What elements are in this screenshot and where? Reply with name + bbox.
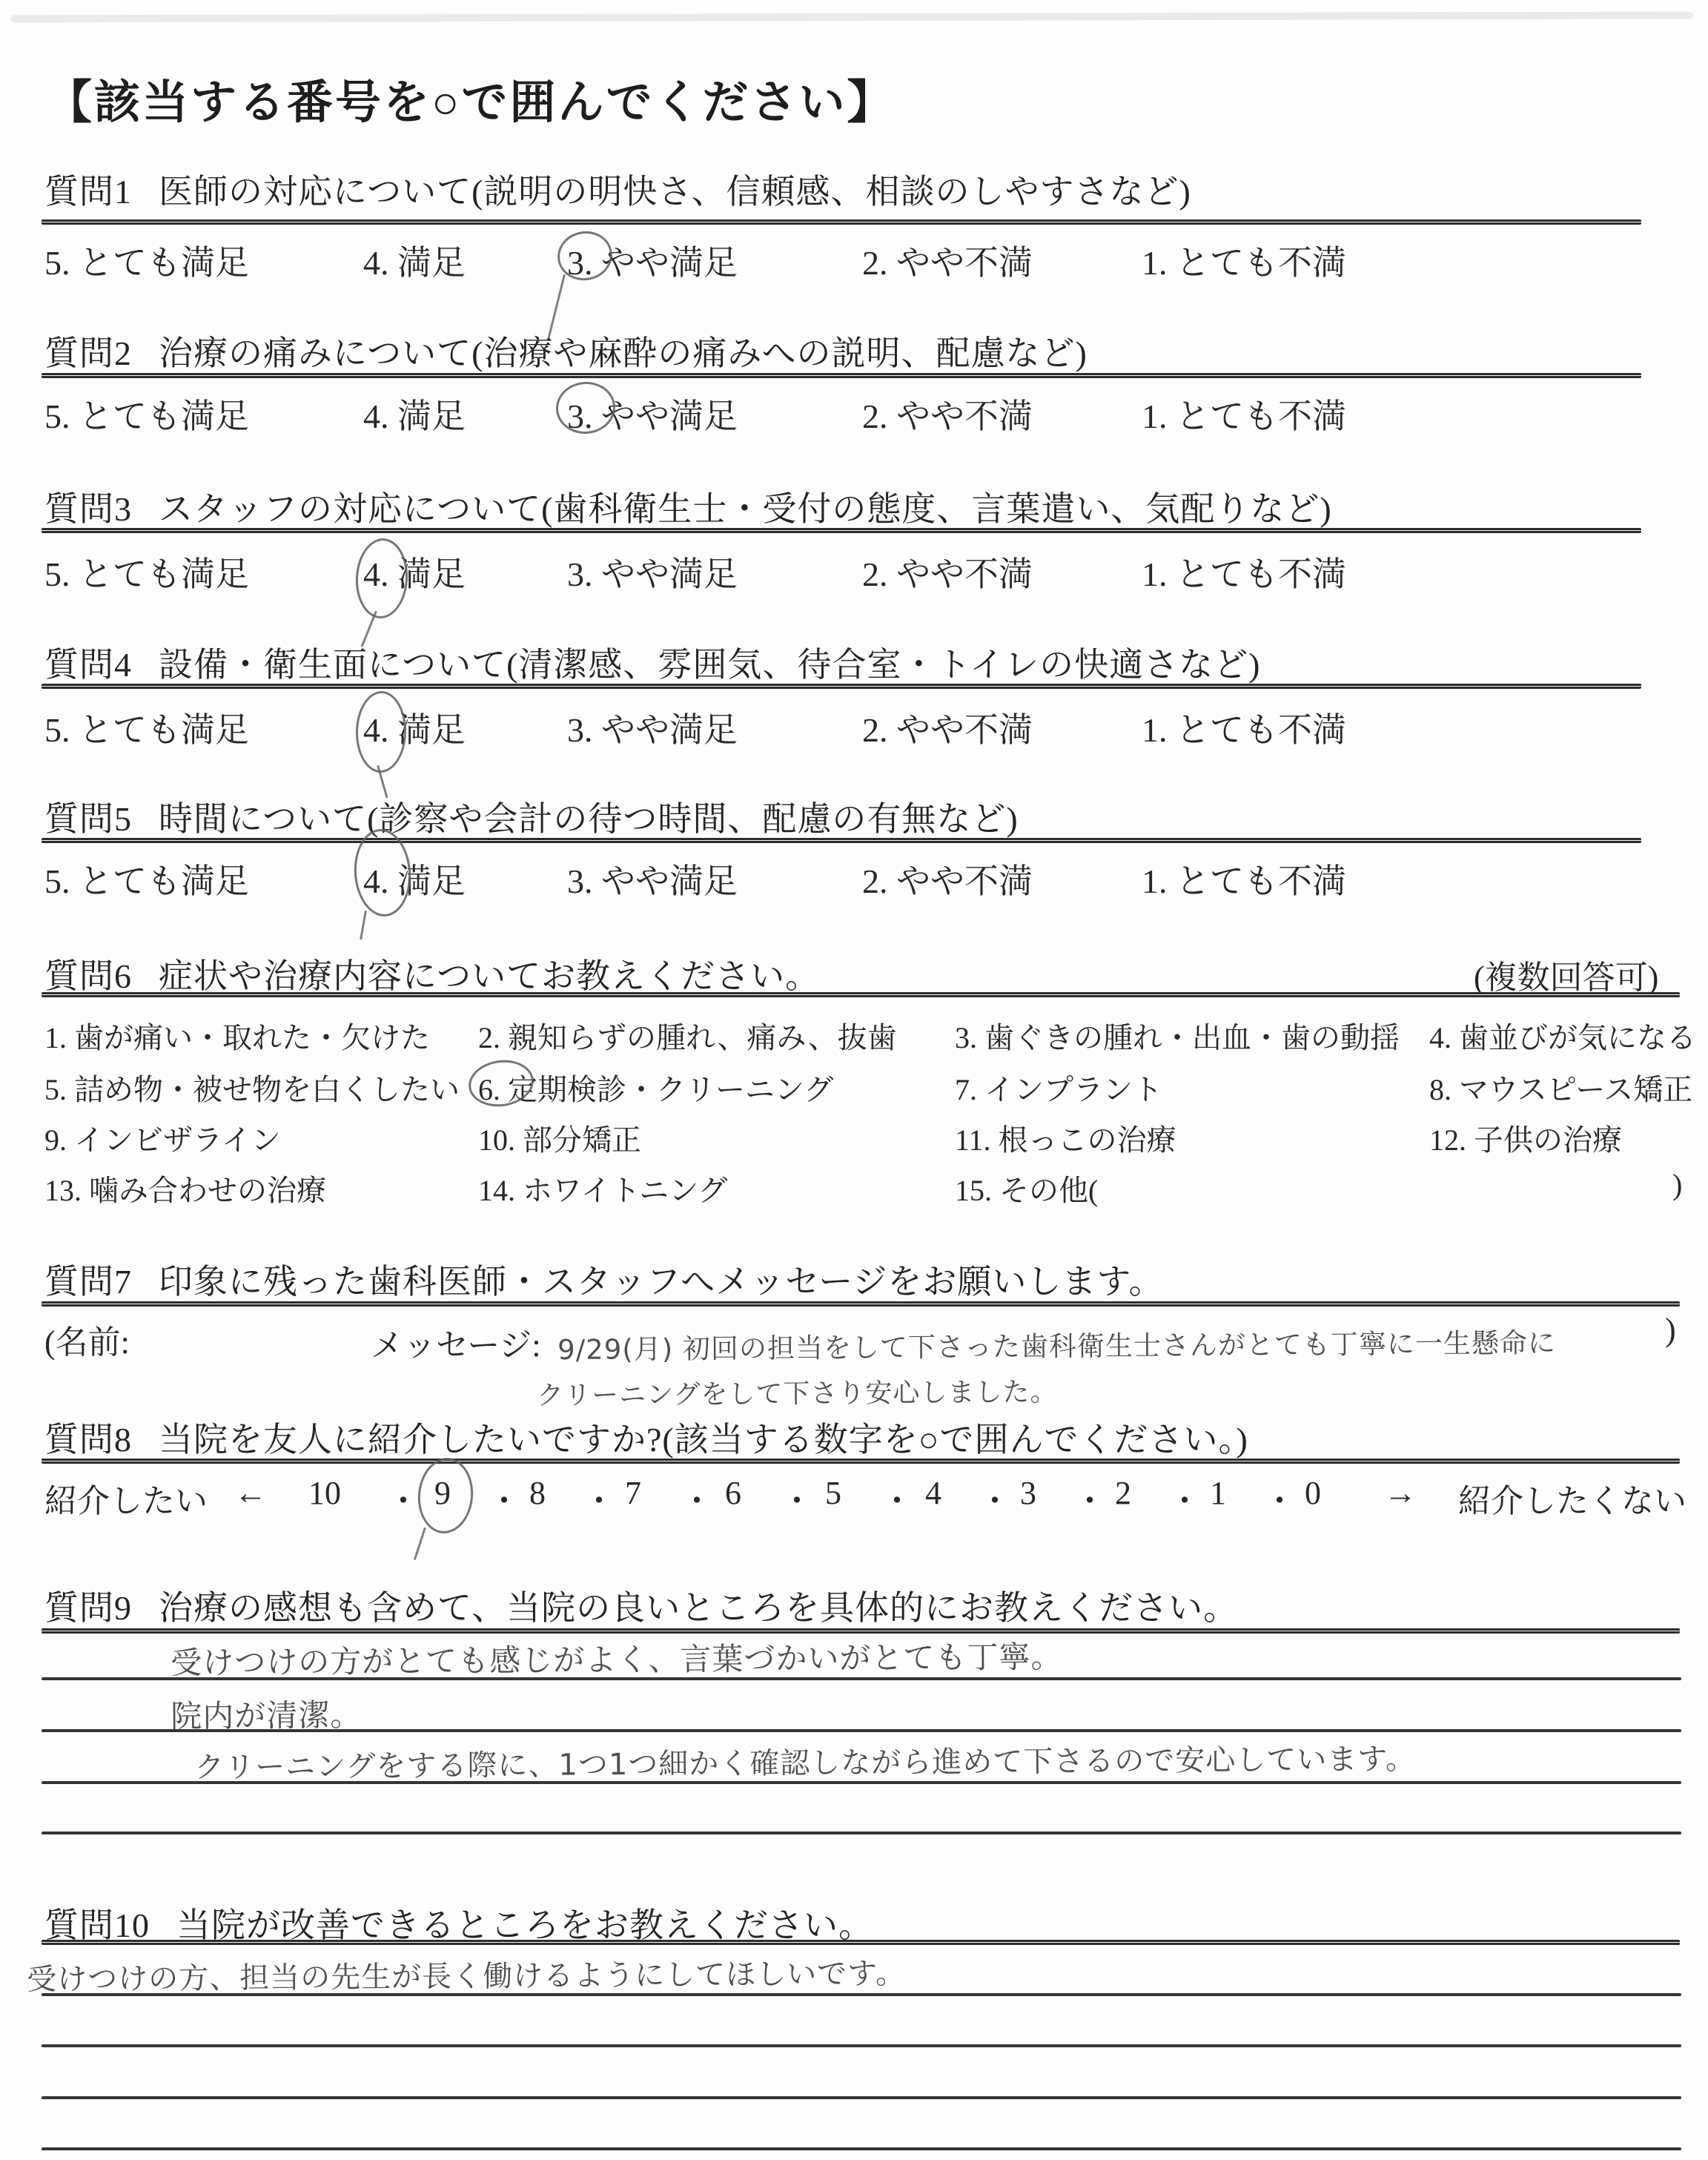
q6-other-close-paren: ) xyxy=(1672,1167,1682,1202)
divider-rule xyxy=(42,684,1641,689)
q6-option-10: 10. 部分矯正 xyxy=(478,1117,641,1159)
nps-scale: 紹介したい ← 10 ・ 9 ・ 8 ・ 7 ・ 6 ・ 5 ・ 4 ・ 3 ・… xyxy=(44,1474,1690,1563)
arrow-right: → xyxy=(1384,1474,1417,1512)
page-title: 【該当する番号を○で囲んでください】 xyxy=(46,65,895,131)
answer-line-rule xyxy=(42,1677,1681,1680)
answer-line-rule xyxy=(42,1993,1681,1996)
question-5-label: 質問5 xyxy=(44,800,132,838)
rating-option-1: 1. とても不満 xyxy=(1142,854,1346,903)
rating-option-1: 1. とても不満 xyxy=(1142,236,1346,285)
q6-option-11: 11. 根っこの治療 xyxy=(955,1117,1176,1159)
question-6-text: 症状や治療内容についてお教えください。 xyxy=(159,957,820,995)
rating-option-5: 5. とても満足 xyxy=(44,854,249,903)
scale-number-1: 1 xyxy=(1210,1474,1226,1512)
multi-answer-note: (複数回答可) xyxy=(1474,951,1658,998)
scale-separator: ・ xyxy=(1263,1474,1296,1522)
rating-option-3: 3. やや満足 xyxy=(567,854,738,903)
question-2-label: 質問2 xyxy=(44,334,132,372)
q6-option-5: 5. 詰め物・被せ物を白くしたい xyxy=(44,1066,460,1109)
rating-option-3: 3. やや満足 xyxy=(567,703,738,752)
rating-option-4: 4. 満足 xyxy=(363,236,466,285)
question-6-label: 質問6 xyxy=(44,957,132,995)
question-3-label: 質問3 xyxy=(44,490,132,528)
divider-rule xyxy=(42,1301,1680,1307)
rating-option-1: 1. とても不満 xyxy=(1142,389,1346,438)
scale-separator: ・ xyxy=(979,1474,1011,1522)
question-4-text: 設備・衛生面について(清潔感、雰囲気、待合室・トイレの快適さなど) xyxy=(159,646,1260,684)
message-field-label: メッセージ: xyxy=(371,1318,541,1366)
question-1-header: 質問1医師の対応について(説明の明快さ、信頼感、相談のしやすさなど) xyxy=(44,165,1191,214)
question-7-text: 印象に残った歯科医師・スタッフへメッセージをお願いします。 xyxy=(159,1263,1164,1301)
scale-separator: ・ xyxy=(583,1474,615,1522)
divider-rule xyxy=(42,1628,1680,1634)
answer-line-rule xyxy=(42,2147,1681,2150)
question-9-label: 質問9 xyxy=(44,1589,132,1627)
circle-tail-mark xyxy=(360,911,367,940)
q6-option-1: 1. 歯が痛い・取れた・欠けた xyxy=(44,1014,430,1057)
scale-number-7: 7 xyxy=(625,1474,641,1512)
question-9-header: 質問9治療の感想も含めて、当院の良いところを具体的にお教えください。 xyxy=(44,1581,1238,1630)
question-10-text: 当院が改善できるところをお教えください。 xyxy=(176,1906,873,1944)
q6-option-7: 7. インプラント xyxy=(955,1066,1162,1109)
question-3-text: スタッフの対応について(歯科衛生士・受付の態度、言葉遣い、気配りなど) xyxy=(159,490,1332,528)
rating-option-1: 1. とても不満 xyxy=(1142,547,1346,596)
handwritten-message-line-2: クリーニングをして下さり安心しました。 xyxy=(537,1371,1058,1413)
arrow-left: ← xyxy=(234,1474,267,1512)
q6-option-15: 15. その他( xyxy=(955,1167,1098,1209)
question-1-label: 質問1 xyxy=(44,173,132,211)
scale-number-2: 2 xyxy=(1115,1474,1131,1512)
circle-tail-mark xyxy=(414,1527,426,1561)
scale-separator: ・ xyxy=(681,1474,713,1522)
divider-rule xyxy=(42,373,1641,378)
divider-rule xyxy=(42,838,1641,843)
handwritten-message-line-1: 9/29(月) 初回の担当をして下さった歯科衛生士さんがとても丁寧に一生懸命に xyxy=(557,1321,1556,1367)
question-5-text: 時間について(診察や会計の待つ時間、配慮の有無など) xyxy=(159,800,1019,838)
scale-number-6: 6 xyxy=(725,1474,741,1512)
question-9-text: 治療の感想も含めて、当院の良いところを具体的にお教えください。 xyxy=(159,1589,1238,1627)
scale-number-0: 0 xyxy=(1305,1474,1321,1512)
handwritten-answer-line-3: クリーニングをする際に、1つ1つ細かく確認しながら進めて下さるので安心しています… xyxy=(194,1735,1416,1786)
rating-option-5: 5. とても満足 xyxy=(44,389,249,438)
answer-line-rule xyxy=(42,1729,1681,1732)
scale-separator: ・ xyxy=(781,1474,813,1522)
scale-left-label: 紹介したい xyxy=(44,1474,208,1522)
handwritten-circle-mark xyxy=(355,690,407,773)
question-4-header: 質問4設備・衛生面について(清潔感、雰囲気、待合室・トイレの快適さなど) xyxy=(44,638,1260,687)
rating-option-3: 3. やや満足 xyxy=(567,547,738,596)
scale-number-5: 5 xyxy=(825,1474,841,1512)
scale-number-3: 3 xyxy=(1020,1474,1036,1512)
scale-separator: ・ xyxy=(387,1474,420,1522)
question-8-text: 当院を友人に紹介したいですか?(該当する数字を○で囲んでください。) xyxy=(159,1421,1248,1459)
name-field-label: (名前: xyxy=(44,1315,130,1363)
scale-number-10: 10 xyxy=(308,1474,341,1512)
scale-number-4: 4 xyxy=(925,1474,941,1512)
answer-line-rule xyxy=(42,1781,1681,1784)
rating-option-5: 5. とても満足 xyxy=(44,236,249,285)
handwritten-answer-line-1: 受けつけの方がとても感じがよく、言葉づかいがとても丁寧。 xyxy=(171,1633,1063,1683)
question-5-header: 質問5時間について(診察や会計の待つ時間、配慮の有無など) xyxy=(44,792,1019,841)
rating-option-2: 2. やや不満 xyxy=(862,854,1033,903)
handwritten-circle-mark xyxy=(415,1456,477,1536)
q6-option-8: 8. マウスピース矯正 xyxy=(1429,1066,1692,1109)
divider-rule xyxy=(42,1940,1680,1945)
answer-line-rule xyxy=(42,1832,1681,1834)
divider-rule xyxy=(42,219,1641,225)
scale-separator: ・ xyxy=(881,1474,913,1522)
question-8-header: 質問8当院を友人に紹介したいですか?(該当する数字を○で囲んでください。) xyxy=(44,1413,1248,1462)
answer-line-rule xyxy=(42,2096,1681,2099)
divider-rule xyxy=(42,1459,1680,1464)
scale-separator: ・ xyxy=(1168,1474,1201,1522)
q6-option-9: 9. インビザライン xyxy=(44,1117,281,1159)
q6-option-14: 14. ホワイトニング xyxy=(478,1167,727,1209)
q6-option-3: 3. 歯ぐきの腫れ・出血・歯の動揺 xyxy=(955,1014,1400,1057)
question-1-text: 医師の対応について(説明の明快さ、信頼感、相談のしやすさなど) xyxy=(159,173,1191,211)
q6-option-12: 12. 子供の治療 xyxy=(1429,1117,1622,1159)
question-10-label: 質問10 xyxy=(44,1906,150,1944)
rating-option-1: 1. とても不満 xyxy=(1142,703,1346,752)
rating-option-2: 2. やや不満 xyxy=(862,389,1033,438)
rating-option-2: 2. やや不満 xyxy=(862,547,1033,596)
rating-option-2: 2. やや不満 xyxy=(862,236,1033,285)
scale-separator: ・ xyxy=(488,1474,520,1522)
q6-option-13: 13. 噛み合わせの治療 xyxy=(44,1167,326,1209)
question-2-header: 質問2治療の痛みについて(治療や麻酔の痛みへの説明、配慮など) xyxy=(44,326,1088,375)
question-7-header: 質問7印象に残った歯科医師・スタッフへメッセージをお願いします。 xyxy=(44,1255,1164,1304)
rating-option-5: 5. とても満足 xyxy=(44,547,249,596)
scale-right-label: 紹介したくない xyxy=(1458,1474,1687,1522)
divider-rule xyxy=(42,528,1641,533)
question-2-text: 治療の痛みについて(治療や麻酔の痛みへの説明、配慮など) xyxy=(159,334,1088,372)
question-3-header: 質問3スタッフの対応について(歯科衛生士・受付の態度、言葉遣い、気配りなど) xyxy=(44,482,1332,531)
answer-line-rule xyxy=(42,2044,1681,2047)
question-7-label: 質問7 xyxy=(44,1263,132,1301)
scanned-survey-page: 【該当する番号を○で囲んでください】 質問1医師の対応について(説明の明快さ、信… xyxy=(0,0,1708,2160)
question-6-options-grid: 1. 歯が痛い・取れた・欠けた 2. 親知らずの腫れ、痛み、抜歯 3. 歯ぐきの… xyxy=(44,1014,1690,1222)
question-8-label: 質問8 xyxy=(44,1421,132,1459)
q6-option-2: 2. 親知らずの腫れ、痛み、抜歯 xyxy=(478,1014,897,1057)
question-4-label: 質問4 xyxy=(44,646,132,684)
rating-option-2: 2. やや不満 xyxy=(862,703,1033,752)
handwritten-answer-q10: 受けつけの方、担当の先生が長く働けるようにしてほしいです。 xyxy=(27,1950,906,1998)
rating-option-4: 4. 満足 xyxy=(363,389,466,438)
question-6-header: 質問6症状や治療内容についてお教えください。 xyxy=(44,949,820,998)
q6-option-4: 4. 歯並びが気になる xyxy=(1429,1014,1696,1057)
close-paren: ) xyxy=(1665,1311,1676,1349)
scale-separator: ・ xyxy=(1073,1474,1106,1522)
scan-artifact-line xyxy=(10,12,1693,23)
scale-number-8: 8 xyxy=(529,1474,546,1512)
divider-rule xyxy=(42,992,1680,997)
rating-option-5: 5. とても満足 xyxy=(44,703,249,752)
